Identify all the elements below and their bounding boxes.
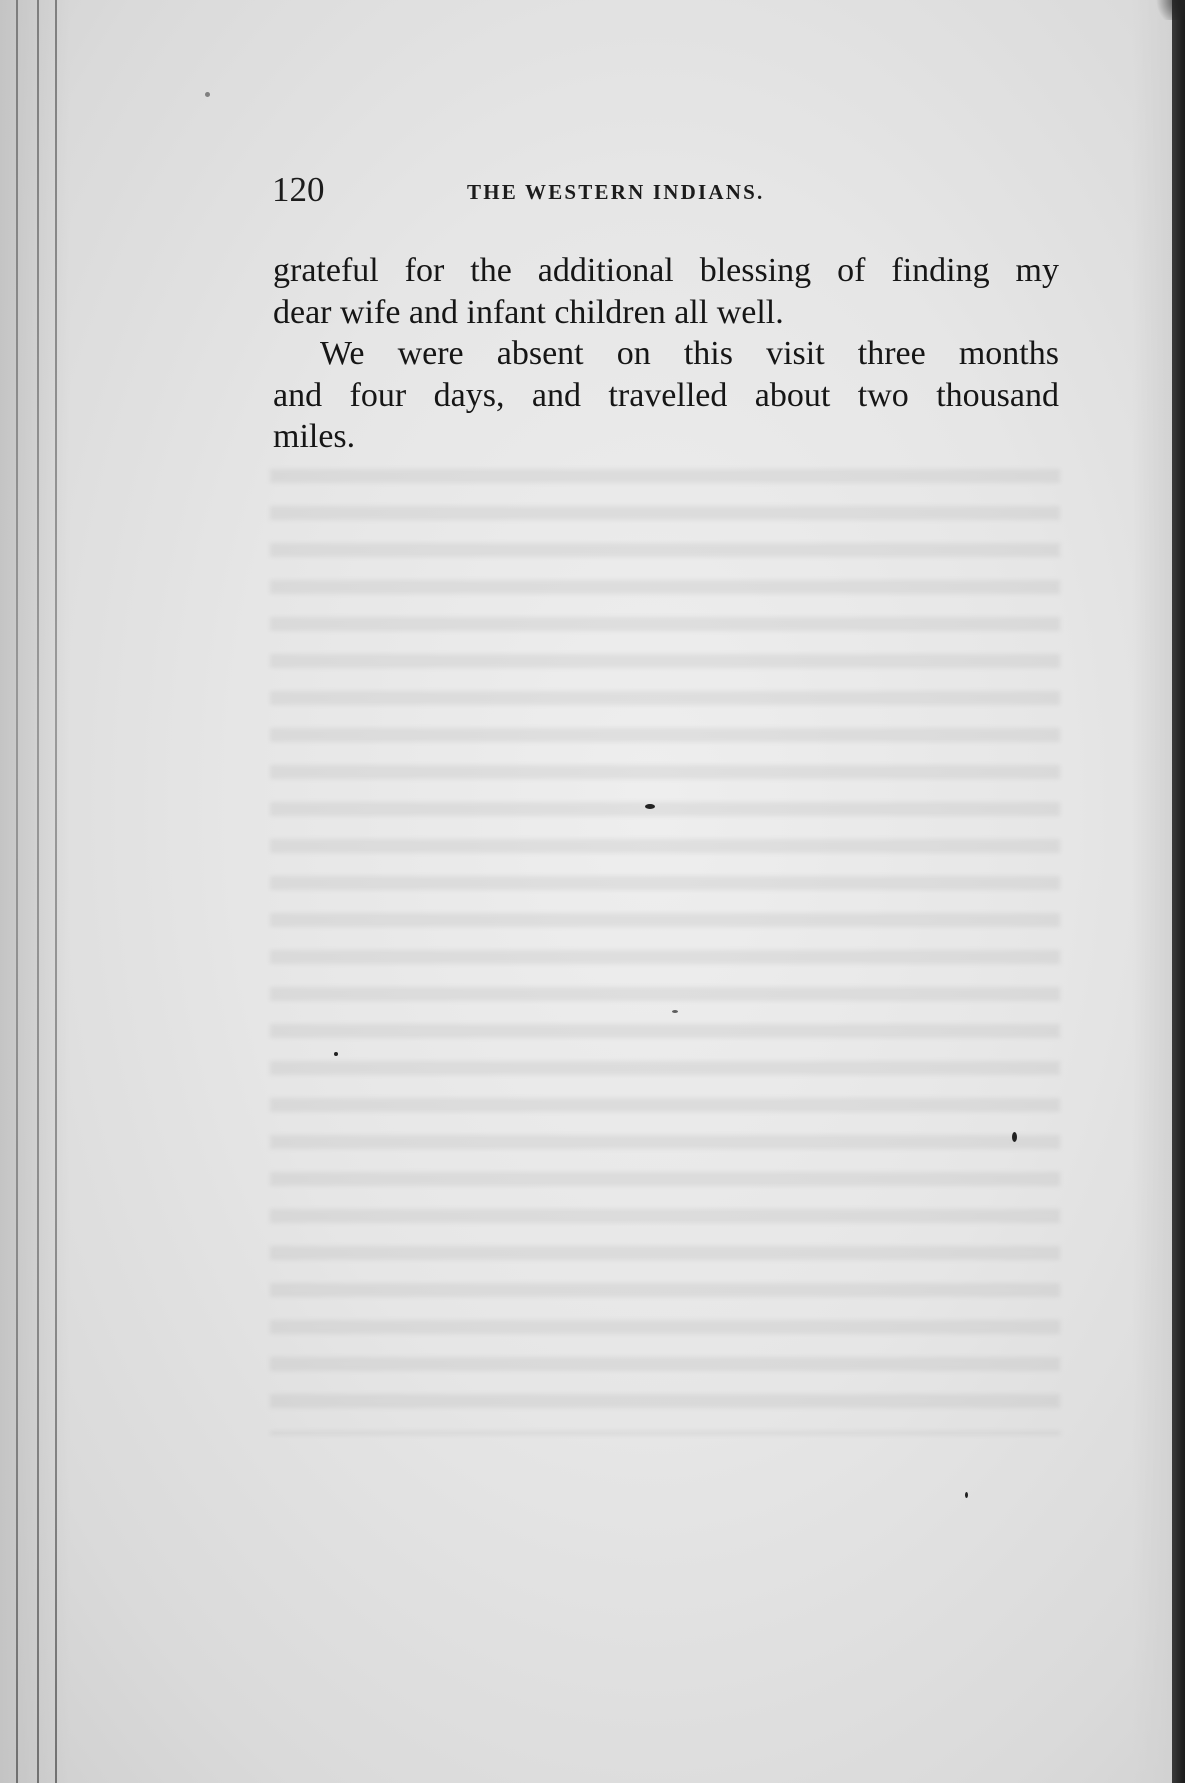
text-line: miles. [273, 416, 1059, 458]
running-title: THE WESTERN INDIANS. [467, 174, 764, 210]
book-binding [1172, 0, 1185, 1783]
text-line: and four days, and travelled about two t… [273, 375, 1059, 417]
dust-speck [1012, 1132, 1017, 1142]
running-head: 120 THE WESTERN INDIANS. [272, 168, 1062, 212]
page-edge-line [37, 0, 39, 1783]
scanned-page: 120 THE WESTERN INDIANS. grateful for th… [0, 0, 1185, 1783]
page-number: 120 [272, 168, 325, 212]
corner-shadow [1155, 0, 1185, 20]
dust-speck [965, 1492, 968, 1498]
bleed-through-text [270, 455, 1060, 1435]
body-text: grateful for the additional blessing of … [273, 250, 1059, 458]
dust-speck [334, 1052, 338, 1056]
text-line: grateful for the additional blessing of … [273, 250, 1059, 292]
page-edge-line [55, 0, 57, 1783]
text-line: We were absent on this visit three month… [273, 333, 1059, 375]
paragraph: We were absent on this visit three month… [273, 333, 1059, 458]
page-edge-line [16, 0, 18, 1783]
dust-speck [645, 804, 655, 809]
dust-speck [672, 1010, 678, 1013]
binding-shadow [1132, 0, 1172, 1783]
dust-speck [205, 92, 210, 97]
text-line: dear wife and infant children all well. [273, 292, 1059, 334]
left-edge-shadow [0, 0, 70, 1783]
paragraph: grateful for the additional blessing of … [273, 250, 1059, 333]
